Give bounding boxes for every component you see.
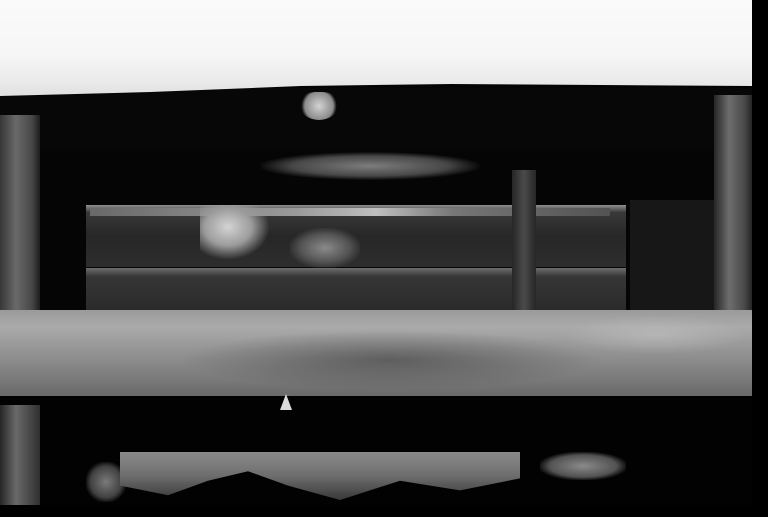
board-highlight (560, 315, 750, 355)
bottom-peel-right (540, 452, 626, 480)
bottom-edge (0, 505, 768, 517)
bottom-left-post (0, 405, 40, 505)
board-shade (180, 330, 600, 390)
shadow-band (0, 88, 752, 148)
peeling-paint-top (260, 152, 480, 180)
vertical-post (512, 170, 536, 310)
paint-drip (300, 92, 338, 120)
paint-splotch-2 (290, 228, 360, 268)
left-post (0, 115, 40, 315)
photograph (0, 0, 768, 517)
right-frame-edge (752, 0, 768, 517)
white-painted-board (0, 0, 752, 100)
right-dark-area (630, 200, 714, 310)
right-post (714, 95, 752, 310)
lower-plank (86, 268, 626, 310)
paint-splotch (200, 205, 270, 260)
